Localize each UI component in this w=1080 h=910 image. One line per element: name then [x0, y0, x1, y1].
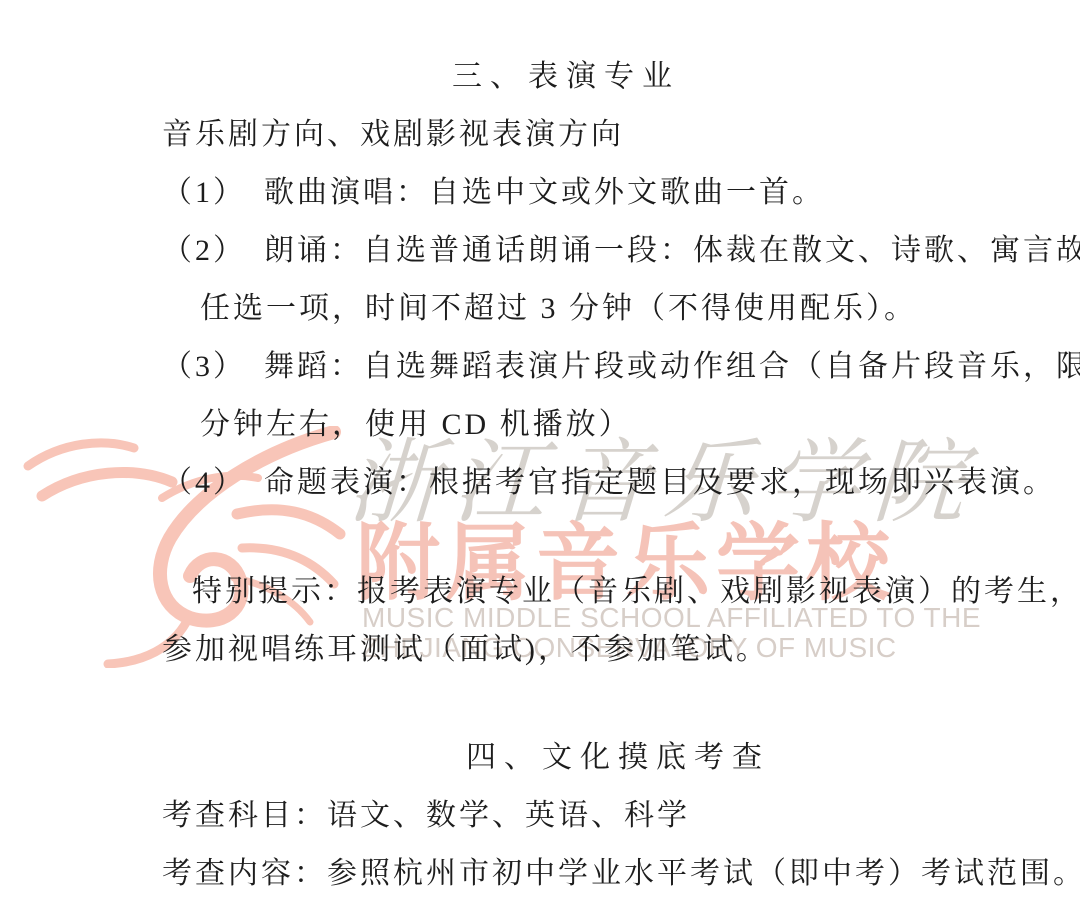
- item-2-recitation-line2: 任选一项，时间不超过 3 分钟（不得使用配乐）。: [162, 280, 950, 338]
- document-body: 三、表演专业 音乐剧方向、戏剧影视表演方向 （1） 歌曲演唱：自选中文或外文歌曲…: [0, 0, 1080, 903]
- section-4-heading: 四、文化摸底考查: [224, 729, 1012, 787]
- item-3-dance-line2: 分钟左右，使用 CD 机播放）: [162, 396, 950, 454]
- document-page: 浙江音乐学院 附属音乐学校 MUSIC MIDDLE SCHOOL AFFILI…: [0, 0, 1080, 910]
- item-4-improvisation: （4） 命题表演：根据考官指定题目及要求，现场即兴表演。: [162, 454, 950, 512]
- special-note-line1: 特别提示：报考表演专业（音乐剧、戏剧影视表演）的考生，只: [162, 563, 950, 621]
- item-3-dance-line1: （3） 舞蹈：自选舞蹈表演片段或动作组合（自备片段音乐，限时 2: [162, 338, 950, 396]
- item-2-recitation-line1: （2） 朗诵：自选普通话朗诵一段：体裁在散文、诗歌、寓言故事中: [162, 222, 950, 280]
- exam-scope: 考查内容：参照杭州市初中学业水平考试（即中考）考试范围。: [162, 845, 950, 903]
- item-1-song-singing: （1） 歌曲演唱：自选中文或外文歌曲一首。: [162, 164, 950, 222]
- section-3-heading: 三、表演专业: [172, 48, 960, 106]
- special-note-line2: 参加视唱练耳测试（面试)，不参加笔试。: [162, 621, 950, 679]
- exam-subjects: 考查科目：语文、数学、英语、科学: [162, 787, 950, 845]
- direction-subtitle: 音乐剧方向、戏剧影视表演方向: [162, 106, 950, 164]
